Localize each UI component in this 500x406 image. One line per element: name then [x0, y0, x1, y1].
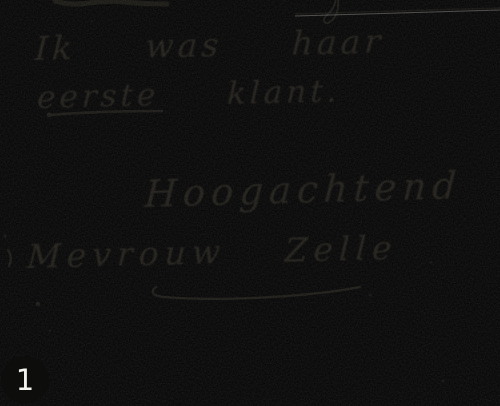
- figure-number-label: 1: [16, 363, 34, 397]
- handwritten-word-eerste: eerste: [36, 77, 160, 116]
- handwritten-closing: Hoogachtend: [143, 164, 463, 216]
- handwritten-word-klant: klant.: [226, 73, 341, 112]
- figure-number-badge: 1: [1, 356, 49, 404]
- letter-photograph: Ik was haar eerste klant. Hoogachtend Me…: [0, 0, 500, 406]
- handwritten-line-1: Ik was haar: [34, 22, 385, 68]
